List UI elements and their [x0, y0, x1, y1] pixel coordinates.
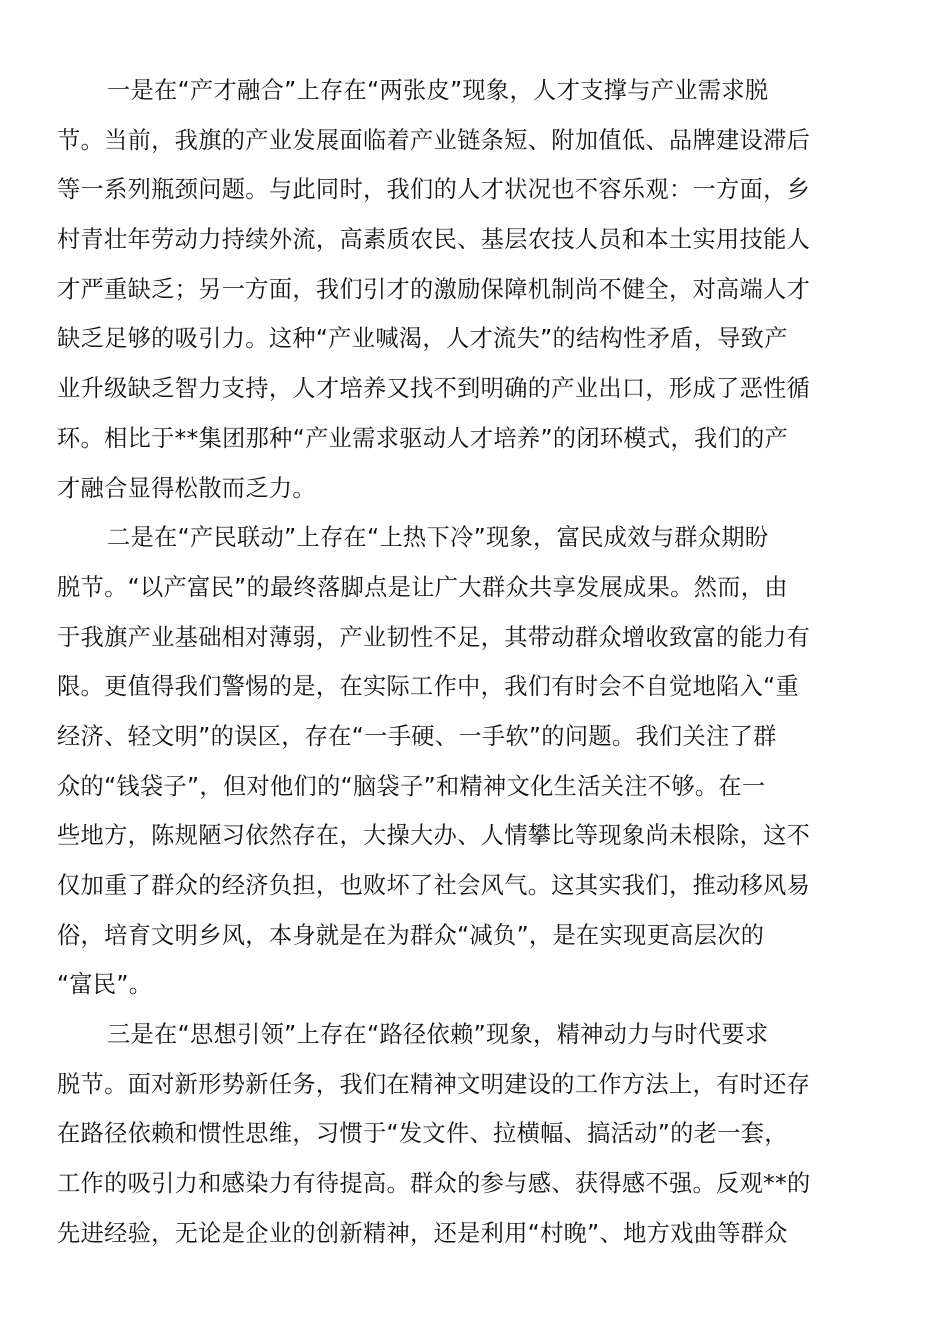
text-line: 工作的吸引力和感染力有待提高。群众的参与感、获得感不强。反观**的 — [57, 1159, 877, 1209]
document-body: 一是在“产才融合”上存在“两张皮”现象，人才支撑与产业需求脱 节。当前，我旗的产… — [57, 66, 877, 1259]
text-line: 脱节。“以产富民”的最终落脚点是让广大群众共享发展成果。然而，由 — [57, 563, 877, 613]
text-line: 三是在“思想引领”上存在“路径依赖”现象，精神动力与时代要求 — [57, 1010, 877, 1060]
text-line: 才融合显得松散而乏力。 — [57, 464, 877, 514]
text-line: 众的“钱袋子”，但对他们的“脑袋子”和精神文化生活关注不够。在一 — [57, 762, 877, 812]
text-line: 俗，培育文明乡风，本身就是在为群众“减负”，是在实现更高层次的 — [57, 911, 877, 961]
text-line: 业升级缺乏智力支持，人才培养又找不到明确的产业出口，形成了恶性循 — [57, 364, 877, 414]
text-line: 限。更值得我们警惕的是，在实际工作中，我们有时会不自觉地陷入“重 — [57, 662, 877, 712]
text-line: 村青壮年劳动力持续外流，高素质农民、基层农技人员和本土实用技能人 — [57, 215, 877, 265]
text-line: 环。相比于**集团那种“产业需求驱动人才培养”的闭环模式，我们的产 — [57, 414, 877, 464]
text-line: 在路径依赖和惯性思维，习惯于“发文件、拉横幅、搞活动”的老一套， — [57, 1109, 877, 1159]
text-line: 脱节。面对新形势新任务，我们在精神文明建设的工作方法上，有时还存 — [57, 1060, 877, 1110]
text-line: 经济、轻文明”的误区，存在“一手硬、一手软”的问题。我们关注了群 — [57, 712, 877, 762]
text-line: 二是在“产民联动”上存在“上热下冷”现象，富民成效与群众期盼 — [57, 513, 877, 563]
text-line: 缺乏足够的吸引力。这种“产业喊渴，人才流失”的结构性矛盾，导致产 — [57, 314, 877, 364]
paragraph-industry-people: 二是在“产民联动”上存在“上热下冷”现象，富民成效与群众期盼 脱节。“以产富民”… — [57, 513, 877, 1010]
text-line: 等一系列瓶颈问题。与此同时，我们的人才状况也不容乐观：一方面，乡 — [57, 165, 877, 215]
text-line: 才严重缺乏；另一方面，我们引才的激励保障机制尚不健全，对高端人才 — [57, 265, 877, 315]
text-line: 些地方，陈规陋习依然存在，大操大办、人情攀比等现象尚未根除，这不 — [57, 811, 877, 861]
text-line: 先进经验，无论是企业的创新精神，还是利用“村晚”、地方戏曲等群众 — [57, 1209, 877, 1259]
paragraph-ideological-guidance: 三是在“思想引领”上存在“路径依赖”现象，精神动力与时代要求 脱节。面对新形势新… — [57, 1010, 877, 1258]
text-line: 节。当前，我旗的产业发展面临着产业链条短、附加值低、品牌建设滞后 — [57, 116, 877, 166]
document-page: 一是在“产才融合”上存在“两张皮”现象，人才支撑与产业需求脱 节。当前，我旗的产… — [0, 0, 950, 1344]
text-line: “富民”。 — [57, 960, 877, 1010]
text-line: 一是在“产才融合”上存在“两张皮”现象，人才支撑与产业需求脱 — [57, 66, 877, 116]
paragraph-industry-talent: 一是在“产才融合”上存在“两张皮”现象，人才支撑与产业需求脱 节。当前，我旗的产… — [57, 66, 877, 513]
text-line: 于我旗产业基础相对薄弱，产业韧性不足，其带动群众增收致富的能力有 — [57, 613, 877, 663]
text-line: 仅加重了群众的经济负担，也败坏了社会风气。这其实我们，推动移风易 — [57, 861, 877, 911]
